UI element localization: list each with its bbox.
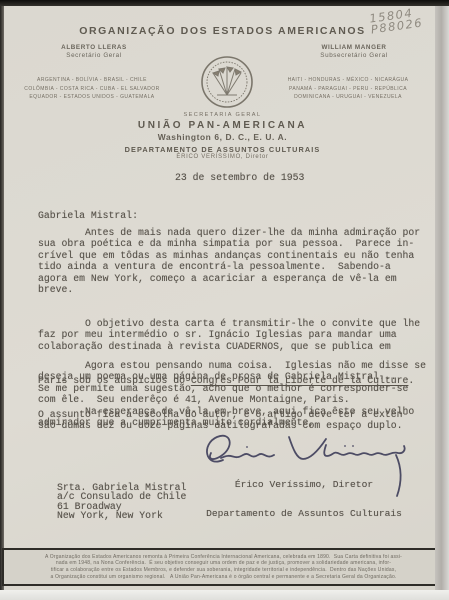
paragraph-3: Agora estou pensando numa coisa. Iglesia… [38,360,426,406]
right-official-block: WILLIAM MANGER Subsecretário Geral [287,44,421,60]
department-director: ÉRICO VERÍSSIMO, Diretor [7,154,438,160]
union-address: Washington 6, D. C., E. U. A. [7,132,438,142]
signature-typed-block: Érico Veríssimo, Diretor Departamento de… [154,461,449,537]
secretariat-label: SECRETARIA GERAL [7,112,438,118]
recipient-address: Srta. Gabriela Mistral a/c Consulado de … [57,483,186,521]
letter-page: 15804 P88026 ORGANIZAÇÃO DOS ESTADOS AME… [4,6,435,590]
letterhead-footer: A Organização dos Estados Americanos rem… [2,548,445,586]
left-official-block: ALBERTO LLERAS Secretário Geral [32,44,156,60]
signature-name-line: Érico Veríssimo, Diretor [154,480,449,490]
scan-edge-right [435,6,449,590]
signature-dept-line: Departamento de Assuntos Culturais [154,509,449,519]
member-states-left: ARGENTINA - BOLÍVIA - BRASIL - CHILE COL… [10,76,174,102]
union-name: UNIÃO PAN-AMERICANA [7,120,438,131]
letter-date: 23 de setembro de 1953 [175,172,304,183]
org-title: ORGANIZAÇÃO DOS ESTADOS AMERICANOS [7,25,438,37]
oas-seal-icon [200,55,254,109]
left-official-name: ALBERTO LLERAS [32,44,156,52]
footer-fine-print: A Organização dos Estados Americanos rem… [4,554,443,580]
salutation: Gabriela Mistral: [38,210,138,221]
scan-edge-bottom [0,590,449,600]
right-official-title: Subsecretário Geral [287,52,421,60]
paragraph-2-top: O objetivo desta carta é transmitir-lhe … [38,318,420,352]
scanned-letter: 15804 P88026 ORGANIZAÇÃO DOS ESTADOS AME… [0,0,449,600]
member-states-right: HAITI - HONDURAS - MÉXICO - NICARÁGUA PA… [268,76,428,102]
right-official-name: WILLIAM MANGER [287,44,421,52]
paragraph-1: Antes de mais nada quero dizer-lhe da mi… [38,227,420,295]
left-official-title: Secretário Geral [32,52,156,60]
department-name: DEPARTAMENTO DE ASSUNTOS CULTURAIS [7,145,438,154]
